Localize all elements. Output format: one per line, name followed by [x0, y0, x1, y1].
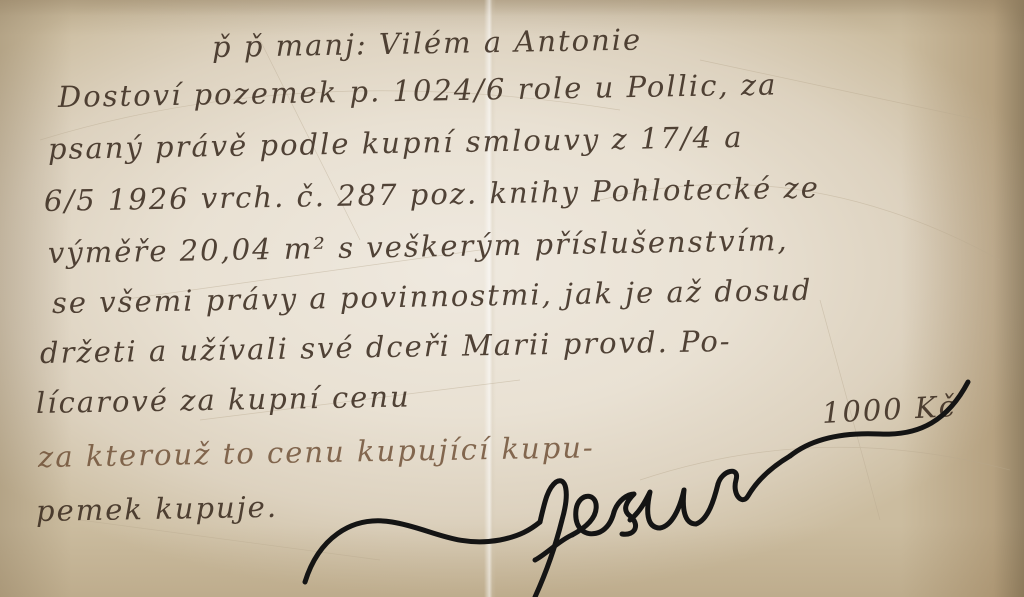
- jesus-script-overlay: Jesus: [0, 0, 1024, 597]
- old-handwritten-document: p̌ p̌ manj: Vilém a Antonie Dostoví poze…: [0, 0, 1024, 597]
